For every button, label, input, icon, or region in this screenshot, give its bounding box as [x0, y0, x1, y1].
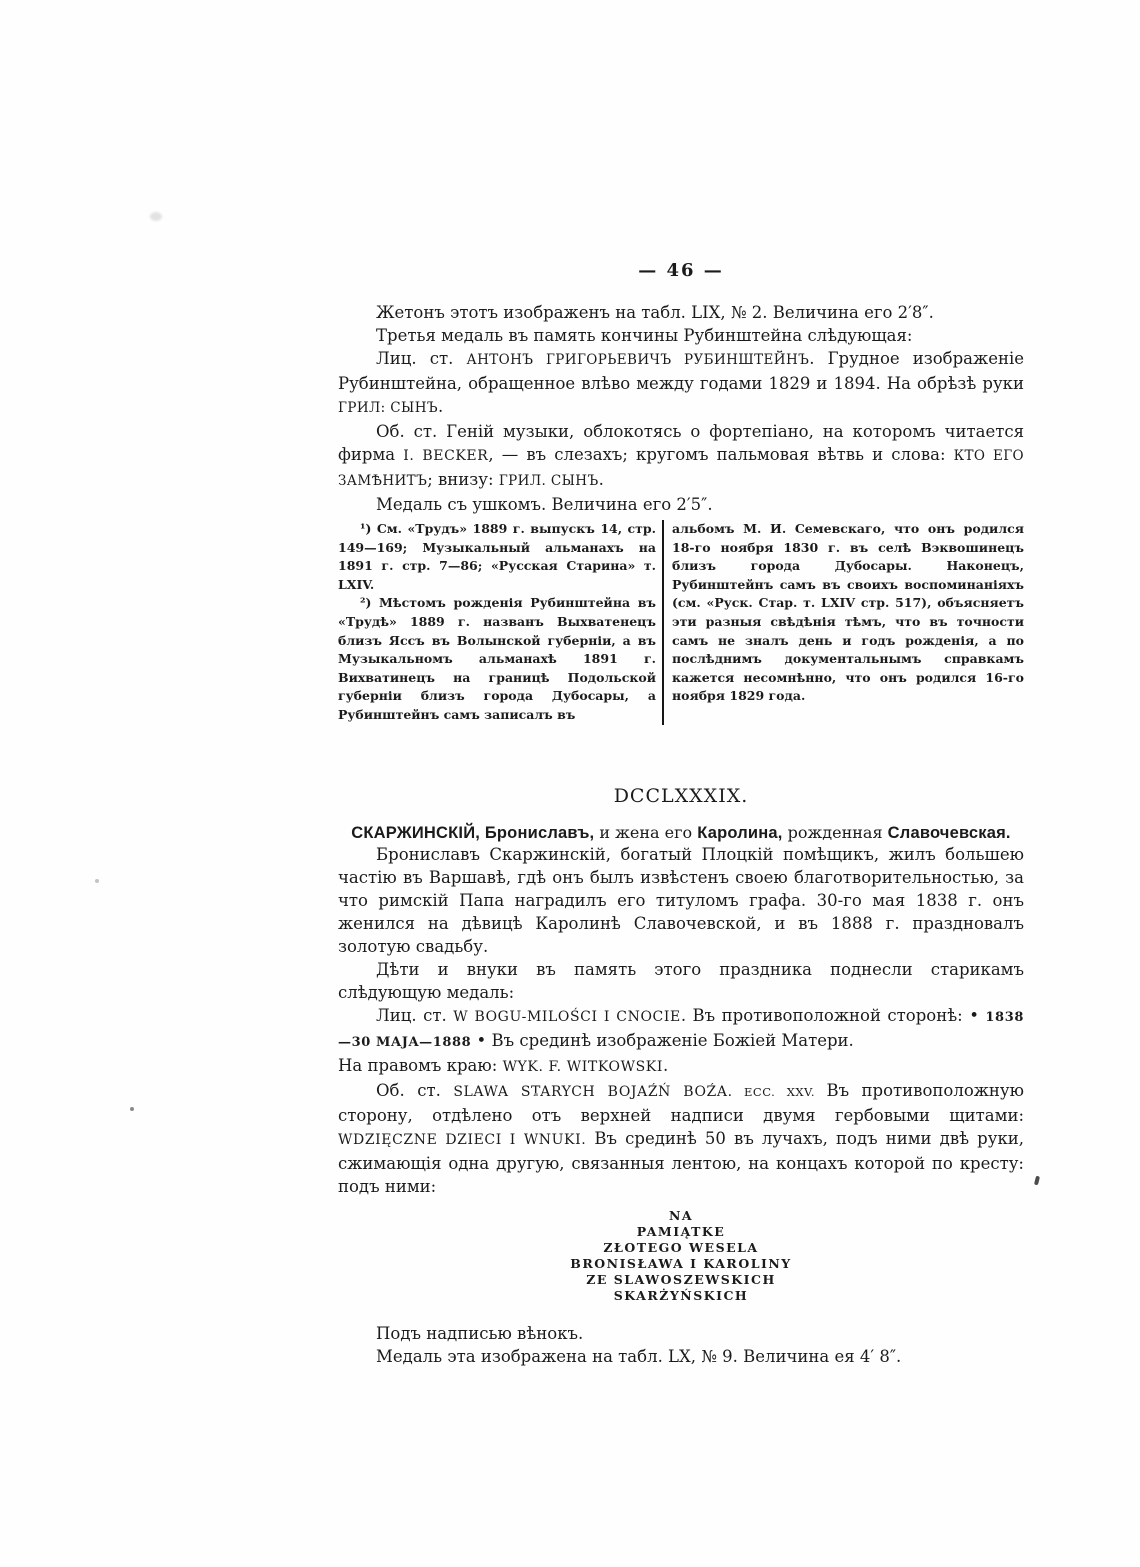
- footnote-column-left: ¹) См. «Трудъ» 1889 г. выпускъ 14, стр. …: [338, 520, 656, 725]
- heading-karolina-bold: Каролина,: [697, 824, 782, 842]
- paragraph-right-edge: На правомъ краю: WYK. F. WITKOWSKI.: [338, 1054, 1024, 1079]
- paragraph-wreath: Подъ надписью вѣнокъ.: [338, 1322, 1024, 1345]
- text-run: , — въ слезахъ; кругомъ пальмовая вѣтвь …: [488, 445, 953, 464]
- smallcaps-becker: I. BECKER: [403, 448, 488, 464]
- text-run: ; внизу:: [427, 470, 499, 489]
- paragraph-reverse-genius: Об. ст. Геній музыки, облокотясь о форте…: [338, 420, 1024, 493]
- entry-heading: СКАРЖИНСКІЙ, Брониславъ, и жена его Каро…: [338, 823, 1024, 843]
- text-run: На правомъ краю:: [338, 1056, 503, 1075]
- smallcaps-gril-syn: ГРИЛ: СЫНЪ: [338, 400, 438, 416]
- text-run: Лиц. ст.: [376, 349, 466, 368]
- latin-ecc-xxv: ECC. XXV.: [733, 1085, 827, 1099]
- text-run: . Въ противоположной сторонѣ: •: [681, 1006, 986, 1025]
- paragraph-children-medal: Дѣти и внуки въ память этого праздника п…: [338, 958, 1024, 1004]
- latin-slawa-starych: SLAWA STARYCH BOJAŹŃ BOŹA.: [453, 1084, 732, 1100]
- heading-text: и жена его: [594, 823, 697, 842]
- page-number: — 46 —: [338, 260, 1024, 281]
- paragraph-third-medal: Третья медаль въ память кончины Рубинште…: [338, 324, 1024, 347]
- paragraph-biography: Брониславъ Скаржинскій, богатый Плоцкій …: [338, 843, 1024, 958]
- text-run: .: [599, 470, 604, 489]
- scan-artifact: [95, 879, 99, 883]
- scan-artifact: [150, 212, 162, 221]
- latin-witkowski: WYK. F. WITKOWSKI: [503, 1059, 663, 1075]
- text-run: .: [663, 1056, 668, 1075]
- medal-inscription-block: NA PAMIĄTKE ZŁOTEGO WESELA BRONISŁAWA I …: [338, 1208, 1024, 1304]
- inscription-line: ZE SLAWOSZEWSKICH: [338, 1272, 1024, 1288]
- text-run: Об. ст.: [376, 1081, 453, 1100]
- text-block: — 46 — Жетонъ этотъ изображенъ на табл. …: [338, 0, 1024, 1368]
- scan-artifact: [534, 1093, 538, 1096]
- inscription-line: SKARŻYŃSKICH: [338, 1288, 1024, 1304]
- heading-text: рожденная: [783, 823, 888, 842]
- latin-bogu-milosci: W BOGU-MILOŚCI I CNOCIE: [453, 1009, 681, 1025]
- paragraph-medal-size: Медаль съ ушкомъ. Величина его 2′5″.: [338, 493, 1024, 516]
- text-run: .: [438, 397, 443, 416]
- footnote-2-left: ²) Мѣстомъ рожденія Рубинштейна въ «Труд…: [338, 594, 656, 724]
- heading-name-bold: СКАРЖИНСКІЙ, Брониславъ,: [351, 824, 594, 842]
- scan-artifact: [130, 1107, 134, 1111]
- footnotes-block: ¹) См. «Трудъ» 1889 г. выпускъ 14, стр. …: [338, 520, 1024, 725]
- section-number: DCCLXXXIX.: [338, 785, 1024, 807]
- footnote-2-right: альбомъ М. И. Семевскаго, что онъ родилс…: [672, 520, 1024, 706]
- paragraph-reverse-inscription: Об. ст. SLAWA STARYCH BOJAŹŃ BOŹA. ECC. …: [338, 1079, 1024, 1198]
- inscription-line: PAMIĄTKE: [338, 1224, 1024, 1240]
- footnote-column-right: альбомъ М. И. Семевскаго, что онъ родилс…: [672, 520, 1024, 725]
- latin-wdzieczne-dzieci: WDZIĘCZNE DZIECI I WNUKI.: [338, 1132, 586, 1148]
- smallcaps-rubinstein-name: АНТОНЪ ГРИГОРЬЕВИЧЪ РУБИНШТЕЙНЪ: [466, 352, 809, 368]
- heading-slavochevskaya-bold: Славочевская.: [888, 824, 1011, 842]
- scan-artifact: [1034, 1176, 1040, 1186]
- inscription-line: ZŁOTEGO WESELA: [338, 1240, 1024, 1256]
- text-run: • Въ срединѣ изображеніе Божіей Матери.: [471, 1031, 853, 1050]
- smallcaps-gril-syn-2: ГРИЛ. СЫНЪ: [499, 473, 599, 489]
- paragraph-obverse-inscription: Лиц. ст. W BOGU-MILOŚCI I CNOCIE. Въ про…: [338, 1004, 1024, 1054]
- footnote-1: ¹) См. «Трудъ» 1889 г. выпускъ 14, стр. …: [338, 520, 656, 594]
- paragraph-medal-reference: Медаль эта изображена на табл. LX, № 9. …: [338, 1345, 1024, 1368]
- scanned-book-page: — 46 — Жетонъ этотъ изображенъ на табл. …: [0, 0, 1140, 1567]
- text-run: Лиц. ст.: [376, 1006, 453, 1025]
- footnote-column-divider: [662, 520, 664, 725]
- inscription-line: NA: [338, 1208, 1024, 1224]
- paragraph-jeton: Жетонъ этотъ изображенъ на табл. LIX, № …: [338, 301, 1024, 324]
- paragraph-obverse-rubinstein: Лиц. ст. АНТОНЪ ГРИГОРЬЕВИЧЪ РУБИНШТЕЙНЪ…: [338, 347, 1024, 420]
- inscription-line: BRONISŁAWA I KAROLINY: [338, 1256, 1024, 1272]
